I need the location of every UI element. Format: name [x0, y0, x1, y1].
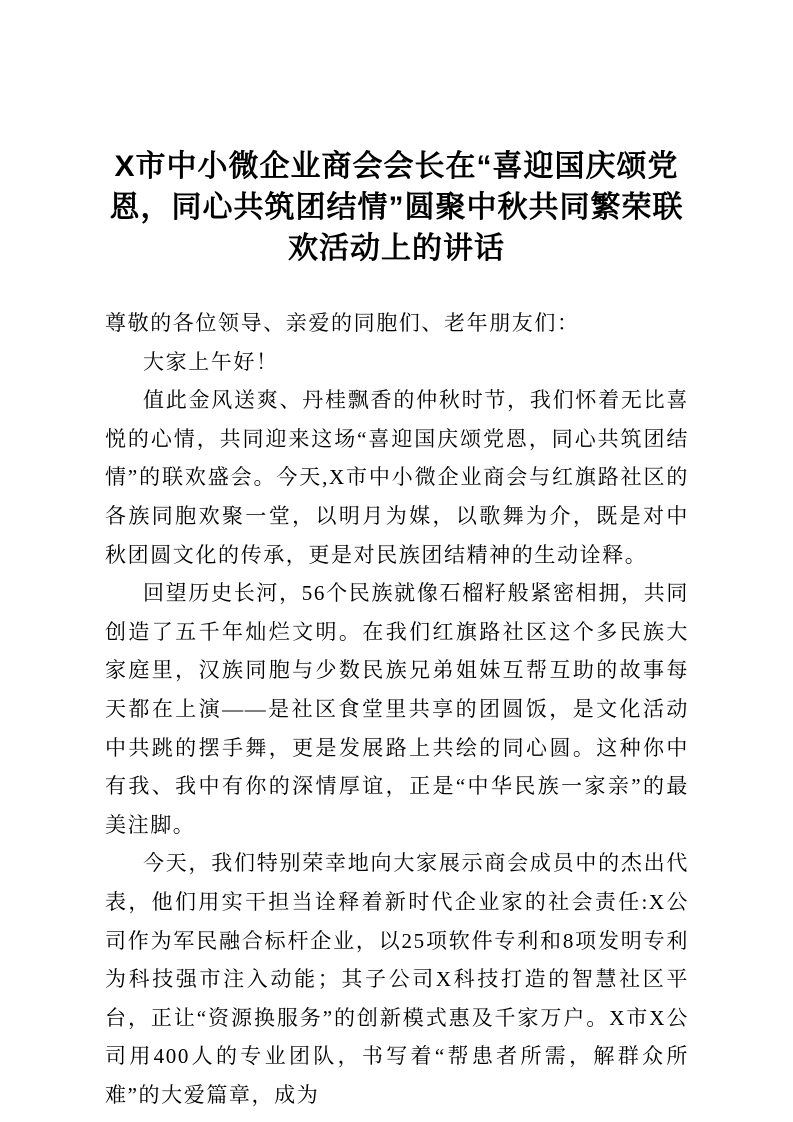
- document-title: X市中小微企业商会会长在“喜迎国庆颂党恩，同心共筑团结情”圆聚中秋共同繁荣联欢活…: [97, 0, 696, 269]
- paragraph-representatives: 今天，我们特别荣幸地向大家展示商会成员中的杰出代表，他们用实干担当诠释着新时代企…: [105, 844, 689, 1114]
- document-page: X市中小微企业商会会长在“喜迎国庆颂党恩，同心共筑团结情”圆聚中秋共同繁荣联欢活…: [0, 0, 793, 1122]
- paragraph-salutation: 尊敬的各位领导、亲爱的同胞们、老年朋友们：: [105, 304, 689, 343]
- paragraph-history: 回望历史长河，56个民族就像石榴籽般紧密相拥，共同创造了五千年灿烂文明。在我们红…: [105, 574, 689, 844]
- paragraph-greeting: 大家上午好！: [105, 343, 689, 382]
- document-body: 尊敬的各位领导、亲爱的同胞们、老年朋友们： 大家上午好！ 值此金风送爽、丹桂飘香…: [105, 304, 689, 1114]
- paragraph-opening: 值此金风送爽、丹桂飘香的仲秋时节，我们怀着无比喜悦的心情，共同迎来这场“喜迎国庆…: [105, 381, 689, 574]
